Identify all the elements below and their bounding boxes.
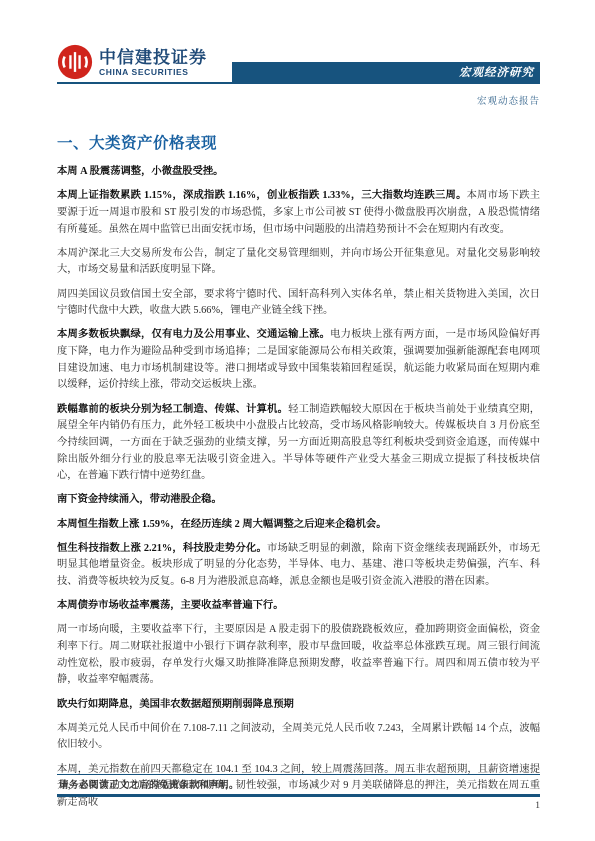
paragraph-text: 周四美国议员致信国土安全部，要求将宁德时代、国轩高科列入实体名单，禁止相关货物进… [57,289,540,317]
china-securities-logo-icon [57,44,93,80]
report-body: 本周 A 股震荡调整，小微盘股受挫。本周上证指数累跌 1.15%，深成指跌 1.… [57,164,540,812]
paragraph: 本周多数板块飘绿，仅有电力及公用事业、交通运输上涨。电力板块上涨有两方面，一是市… [57,327,540,394]
paragraph: 欧央行如期降息，美国非农数据超预期削弱降息预期 [57,697,540,714]
paragraph-text: 周一市场向暖，主要收益率下行，主要原因是 A 股走弱下的股债跷跷板效应，叠加跨期… [57,624,540,685]
paragraph-emphasis: 本周债券市场收益率震荡，主要收益率普遍下行。 [57,600,284,611]
paragraph-emphasis: 本周多数板块飘绿，仅有电力及公用事业、交通运输上涨。 [57,329,330,340]
paragraph-text: 本周美元兑人民币中间价在 7.108-7.11 之间波动，全周美元兑人民币收 7… [57,723,540,751]
brand-text: 中信建投证券 CHINA SECURITIES [99,48,207,77]
header: 中信建投证券 CHINA SECURITIES 宏观经济研究 [57,44,540,82]
paragraph-emphasis: 南下资金持续涌入，带动港股企稳。 [57,494,222,505]
paragraph-text: 轻工制造跌幅较大原因在于板块当前处于业绩真空期，展望全年内销仍有压力，此外轻工板… [57,404,540,482]
report-page: 中信建投证券 CHINA SECURITIES 宏观经济研究 宏观动态报告 一、… [0,0,595,841]
page-number: 1 [57,801,540,811]
paragraph-emphasis: 欧央行如期降息，美国非农数据超预期削弱降息预期 [57,699,294,710]
banner-label: 宏观经济研究 [459,64,534,80]
brand-name-cn: 中信建投证券 [99,48,207,67]
paragraph: 本周沪深北三大交易所发布公告，制定了量化交易管理细则，并向市场公开征集意见。对量… [57,246,540,279]
disclaimer-text: 请务必阅读正文之后的免责条款和声明。 [57,775,540,794]
footer-rule-bottom [57,794,540,797]
paragraph-emphasis: 本周恒生指数上涨 1.59%，在经历连续 2 周大幅调整之后迎来企稳机会。 [57,519,387,530]
paragraph: 跌幅靠前的板块分别为轻工制造、传媒、计算机。轻工制造跌幅较大原因在于板块当前处于… [57,402,540,485]
paragraph: 本周债券市场收益率震荡，主要收益率普遍下行。 [57,598,540,615]
brand-name-en: CHINA SECURITIES [99,67,207,77]
paragraph: 本周美元兑人民币中间价在 7.108-7.11 之间波动，全周美元兑人民币收 7… [57,721,540,754]
paragraph: 恒生科技指数上涨 2.21%，科技股走势分化。市场缺乏明显的刺激，除南下资金继续… [57,541,540,591]
paragraph: 本周 A 股震荡调整，小微盘股受挫。 [57,164,540,181]
section-title: 一、大类资产价格表现 [57,131,540,153]
paragraph: 南下资金持续涌入，带动港股企稳。 [57,492,540,509]
paragraph-emphasis: 本周上证指数累跌 1.15%，深成指跌 1.16%，创业板指跌 1.33%，三大… [57,190,467,201]
paragraph-emphasis: 跌幅靠前的板块分别为轻工制造、传媒、计算机。 [57,404,288,415]
paragraph-emphasis: 本周 A 股震荡调整，小微盘股受挫。 [57,166,223,177]
research-category-banner: 宏观经济研究 [232,62,540,82]
paragraph: 本周恒生指数上涨 1.59%，在经历连续 2 周大幅调整之后迎来企稳机会。 [57,517,540,534]
paragraph-emphasis: 恒生科技指数上涨 2.21%，科技股走势分化。 [57,543,267,554]
paragraph: 本周上证指数累跌 1.15%，深成指跌 1.16%，创业板指跌 1.33%，三大… [57,188,540,238]
header-rule [57,82,540,84]
report-type-label: 宏观动态报告 [57,93,540,107]
paragraph: 周四美国议员致信国土安全部，要求将宁德时代、国轩高科列入实体名单，禁止相关货物进… [57,287,540,320]
paragraph: 周一市场向暖，主要收益率下行，主要原因是 A 股走弱下的股债跷跷板效应，叠加跨期… [57,622,540,689]
footer: 请务必阅读正文之后的免责条款和声明。 1 [57,774,540,811]
paragraph-text: 本周沪深北三大交易所发布公告，制定了量化交易管理细则，并向市场公开征集意见。对量… [57,248,540,276]
